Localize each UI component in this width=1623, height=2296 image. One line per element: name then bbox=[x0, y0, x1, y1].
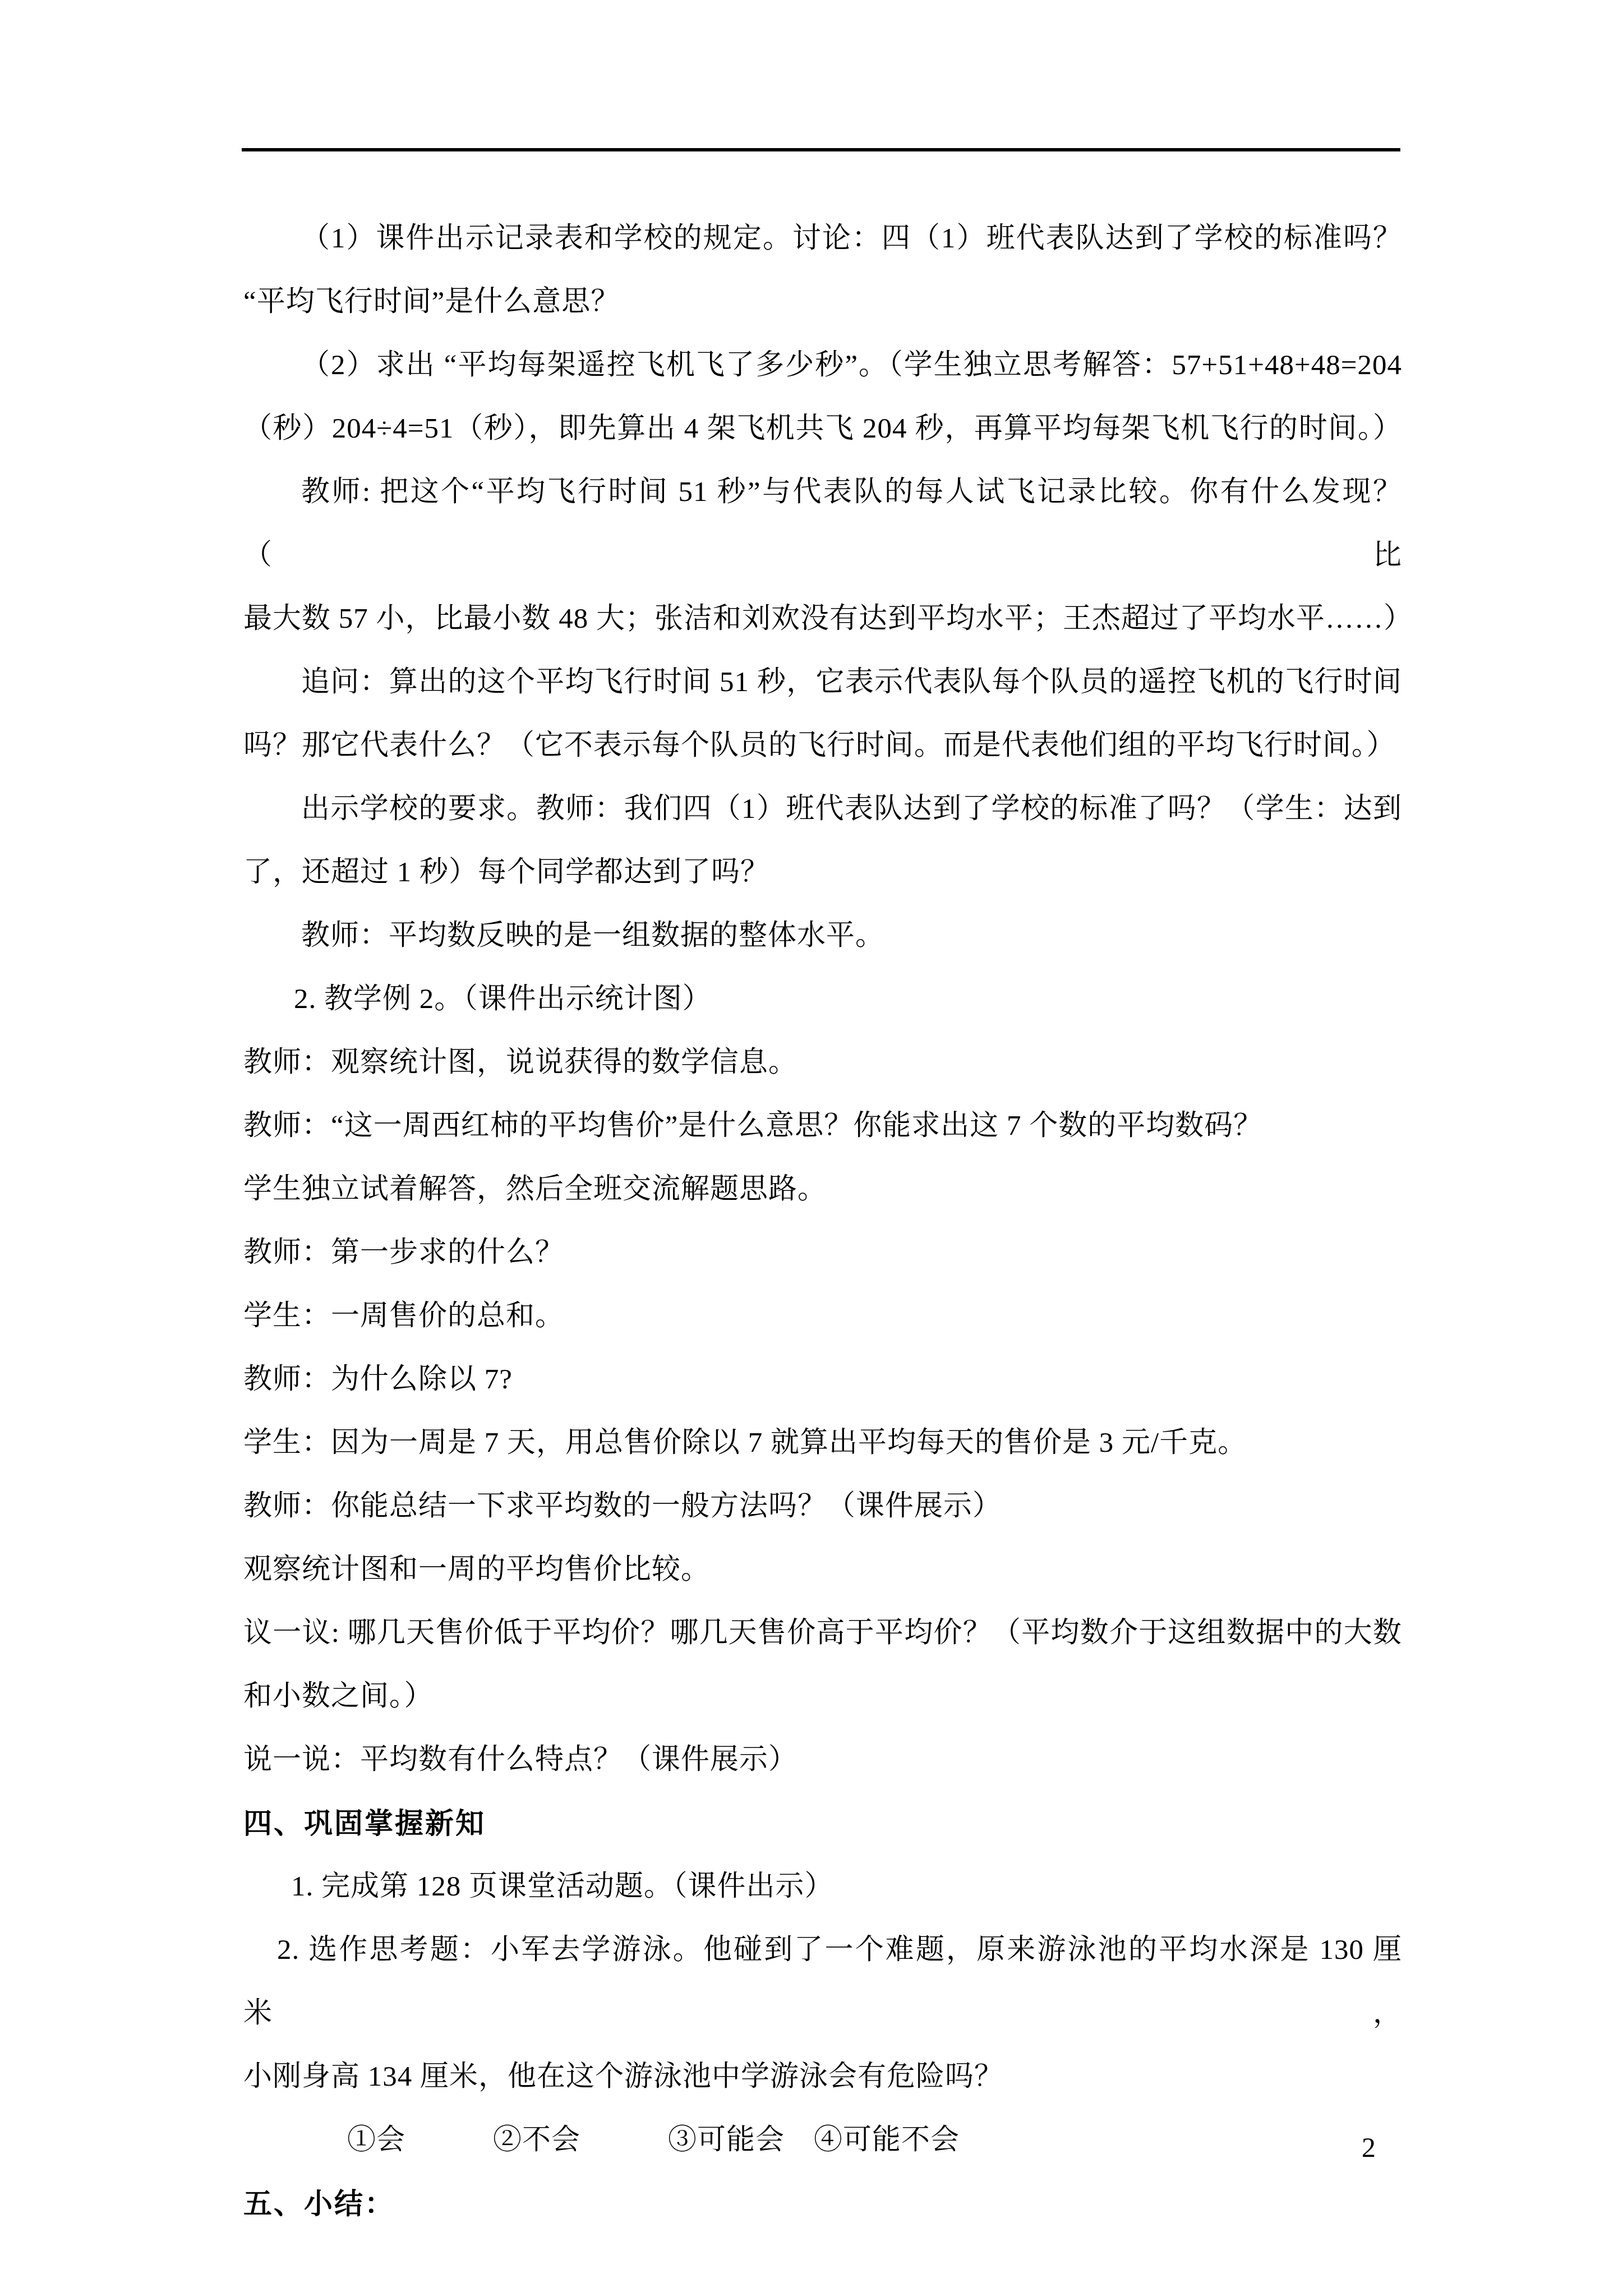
text-line: 观察统计图和一周的平均售价比较。 bbox=[243, 1538, 1402, 1602]
text-line: 教师: 把这个“平均飞行时间 51 秒”与代表队的每人试飞记录比较。你有什么发现… bbox=[243, 461, 1402, 587]
text-line: （1）课件出示记录表和学校的规定。讨论：四（1）班代表队达到了学校的标准吗？ bbox=[243, 207, 1402, 270]
document-body: （1）课件出示记录表和学校的规定。讨论：四（1）班代表队达到了学校的标准吗？“平… bbox=[243, 207, 1402, 2235]
page-number: 2 bbox=[1362, 2132, 1376, 2163]
document-page: （1）课件出示记录表和学校的规定。讨论：四（1）班代表队达到了学校的标准吗？“平… bbox=[0, 0, 1623, 2296]
text-line: 和小数之间。） bbox=[243, 1665, 1402, 1728]
text-line: ①会 ②不会 ③可能会 ④可能不会 bbox=[243, 2109, 1402, 2172]
text-line: （秒）204÷4=51（秒），即先算出 4 架飞机共飞 204 秒，再算平均每架… bbox=[243, 397, 1402, 461]
text-line: 四、巩固掌握新知 bbox=[243, 1792, 1402, 1855]
text-line: 学生：因为一周是 7 天，用总售价除以 7 就算出平均每天的售价是 3 元/千克… bbox=[243, 1411, 1402, 1475]
text-line: 教师：“这一周西红柿的平均售价”是什么意思？你能求出这 7 个数的平均数码？ bbox=[243, 1094, 1402, 1158]
text-line: 出示学校的要求。教师：我们四（1）班代表队达到了学校的标准了吗？（学生：达到 bbox=[243, 777, 1402, 841]
text-line: 1. 完成第 128 页课堂活动题。（课件出示） bbox=[243, 1855, 1402, 1918]
text-line: 说一说：平均数有什么特点？（课件展示） bbox=[243, 1728, 1402, 1792]
text-line: 议一议: 哪几天售价低于平均价？哪几天售价高于平均价？（平均数介于这组数据中的大… bbox=[243, 1602, 1402, 1665]
text-line: 教师：第一步求的什么？ bbox=[243, 1221, 1402, 1285]
text-line: 教师：观察统计图，说说获得的数学信息。 bbox=[243, 1031, 1402, 1094]
text-line: 小刚身高 134 厘米，他在这个游泳池中学游泳会有危险吗？ bbox=[243, 2045, 1402, 2109]
text-line: 2. 选作思考题：小军去学游泳。他碰到了一个难题，原来游泳池的平均水深是 130… bbox=[243, 1918, 1402, 2045]
text-line: 2. 教学例 2。（课件出示统计图） bbox=[243, 968, 1402, 1031]
header-rule bbox=[242, 148, 1400, 151]
text-line: 教师：为什么除以 7? bbox=[243, 1348, 1402, 1411]
text-line: 最大数 57 小，比最小数 48 大；张洁和刘欢没有达到平均水平；王杰超过了平均… bbox=[243, 587, 1402, 651]
text-line: “平均飞行时间”是什么意思？ bbox=[243, 270, 1402, 334]
text-line: 学生：一周售价的总和。 bbox=[243, 1285, 1402, 1348]
text-line: 吗？那它代表什么？（它不表示每个队员的飞行时间。而是代表他们组的平均飞行时间。） bbox=[243, 714, 1402, 777]
text-line: 教师：你能总结一下求平均数的一般方法吗？（课件展示） bbox=[243, 1475, 1402, 1538]
text-line: 五、小结： bbox=[243, 2172, 1402, 2235]
text-line: （2）求出 “平均每架遥控飞机飞了多少秒”。（学生独立思考解答：57+51+48… bbox=[243, 334, 1402, 397]
text-line: 追问：算出的这个平均飞行时间 51 秒，它表示代表队每个队员的遥控飞机的飞行时间 bbox=[243, 651, 1402, 714]
text-line: 教师：平均数反映的是一组数据的整体水平。 bbox=[243, 904, 1402, 968]
text-line: 学生独立试着解答，然后全班交流解题思路。 bbox=[243, 1158, 1402, 1221]
text-line: 了，还超过 1 秒）每个同学都达到了吗？ bbox=[243, 841, 1402, 904]
